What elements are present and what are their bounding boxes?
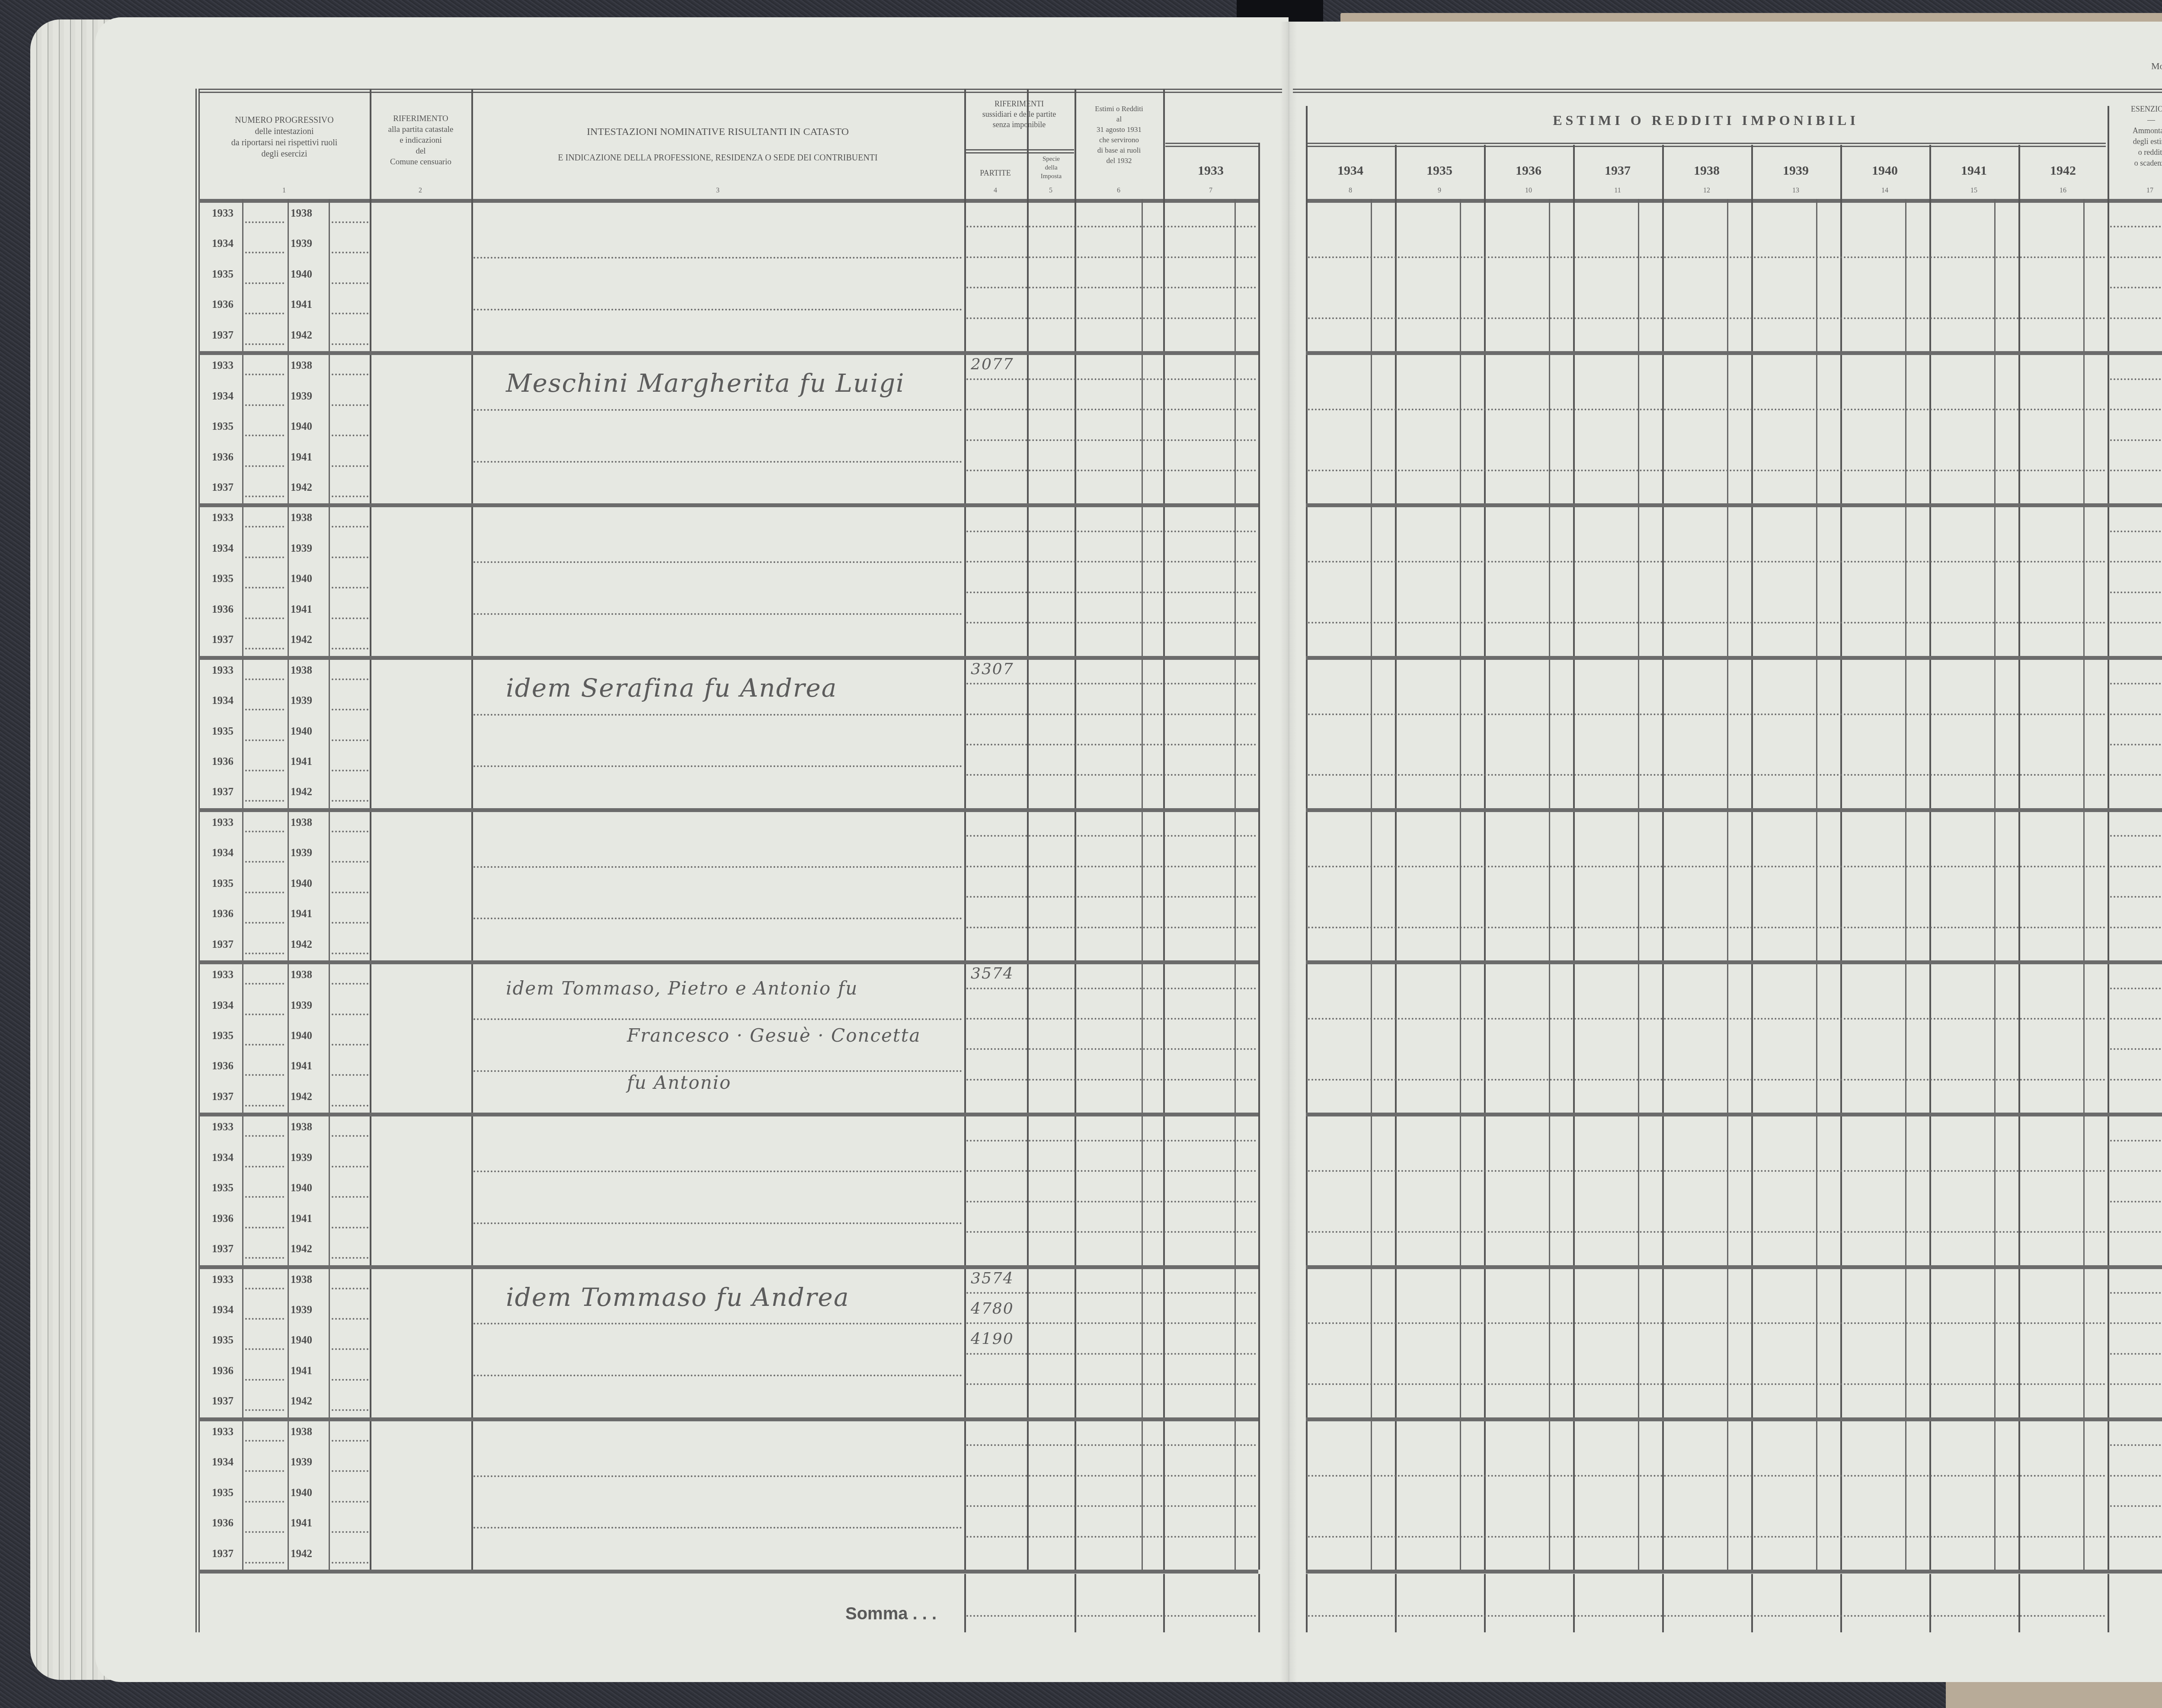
value-dotted-rule [966,1201,1256,1203]
row-year-left: 1936 [212,908,233,920]
entry-separator-right [1306,503,2162,507]
esenzioni-dotted-rule [2110,1201,2162,1203]
somma-col-rule [1484,1574,1486,1632]
name-dotted-rule [473,1070,962,1072]
year-dotted-rule [245,526,284,528]
name-dotted-rule [473,1171,962,1172]
row-year-left: 1935 [212,269,233,281]
year-dotted-rule [245,1166,284,1167]
somma-col-rule [1163,1574,1165,1632]
year-cents-rule [1994,199,1996,1570]
year-dotted-rule [245,739,284,741]
value-dotted-rule [966,409,1256,410]
row-year-left: 1937 [212,786,233,798]
year-dotted-rule [332,1105,368,1107]
row-year-right: 1942 [291,1548,312,1560]
year-dotted-rule [245,983,284,985]
column-number: 9 [1431,187,1448,195]
year-dotted-rule [245,953,284,954]
entry-separator-left [199,1417,1258,1421]
year-dotted-rule [245,1288,284,1289]
row-year-left: 1937 [212,1395,233,1407]
header-col6-estimi-1931: Estimi o Redditi al 31 agosto 1931 che s… [1076,104,1162,166]
esenzioni-dotted-rule [2110,1292,2162,1294]
entry-separator-left [199,656,1258,660]
entry-separator-left [199,1113,1258,1116]
esenzioni-dotted-rule [2110,622,2162,624]
row-year-right: 1940 [291,1182,312,1194]
esenzioni-dotted-rule [2110,683,2162,684]
row-year-right: 1938 [291,1274,312,1286]
year-dotted-rule [245,435,284,436]
header-col5-specie-imposta: Specie della Imposta [1028,155,1074,181]
entry-separator-left [199,503,1258,507]
row-year-right: 1939 [291,543,312,555]
row-year-left: 1935 [212,878,233,890]
row-year-right: 1939 [291,1304,312,1316]
value-dotted-rule [966,835,1256,837]
year-dotted-rule [245,1470,284,1472]
partita-number: 3574 [971,965,1014,982]
name-dotted-rule [473,309,962,310]
name-dotted-rule [473,1527,962,1529]
year-cents-rule [1371,199,1372,1570]
row-year-right: 1941 [291,908,312,920]
value-dotted-rule [966,1444,1256,1446]
year-dotted-rule [245,678,284,680]
esenzioni-dotted-rule [2110,287,2162,288]
column-number: 2 [412,187,429,195]
row-year-right: 1938 [291,817,312,829]
year-dotted-rule [332,1409,368,1411]
value-dotted-rule [966,1322,1256,1324]
row-year-left: 1933 [212,817,233,829]
esenzioni-dotted-rule [2110,470,2162,471]
name-dotted-rule [473,461,962,463]
column-number: 11 [1609,187,1626,195]
header-year-1936: 1936 [1484,163,1573,178]
year-col-rule [1751,145,1753,1570]
column-number: 5 [1042,187,1059,195]
year-dotted-rule [332,800,368,802]
year-dotted-rule [1308,409,2106,410]
header-col4-partite: PARTITE [965,166,1026,179]
right-page [1289,22,2162,1682]
row-year-left: 1936 [212,1060,233,1072]
value-dotted-rule [966,378,1256,380]
year-dotted-rule [245,770,284,771]
value-dotted-rule [966,439,1256,441]
value-dotted-rule [966,744,1256,745]
column-number: 15 [1965,187,1983,195]
somma-col-rule [1258,1574,1260,1632]
year-dotted-rule [332,1074,368,1076]
value-dotted-rule [966,1018,1256,1020]
row-year-right: 1940 [291,1030,312,1042]
esenzioni-dotted-rule [2110,1475,2162,1477]
year-dotted-rule [1308,927,2106,928]
esenzioni-dotted-rule [2110,713,2162,715]
header-year-1940: 1940 [1840,163,1929,178]
row-year-left: 1933 [212,1121,233,1133]
column-number: 6 [1110,187,1127,195]
col1-sub-rule [288,199,289,1570]
right-header-rule [1306,199,2162,203]
esenzioni-dotted-rule [2110,744,2162,745]
year-dotted-rule [332,1501,368,1503]
row-year-right: 1941 [291,1213,312,1225]
somma-col-rule [2018,1574,2020,1632]
year-dotted-rule [245,709,284,710]
value-dotted-rule [966,1505,1256,1507]
year-dotted-rule [245,557,284,558]
year-dotted-rule [245,1014,284,1015]
value-dotted-rule [966,713,1256,715]
book-gutter [1280,22,1297,1682]
row-year-left: 1936 [212,1365,233,1377]
row-year-right: 1939 [291,1456,312,1468]
esenzioni-dotted-rule [2110,1322,2162,1324]
name-dotted-rule [473,561,962,563]
row-year-left: 1933 [212,512,233,524]
esenzioni-dotted-rule [2110,1018,2162,1020]
row-year-right: 1938 [291,969,312,981]
year-dotted-rule [332,678,368,680]
year-dotted-rule [245,252,284,253]
year-dotted-rule [1308,774,2106,776]
taxpayer-name-line: idem Serafina fu Andrea [506,673,837,703]
row-year-right: 1940 [291,269,312,281]
year-dotted-rule [332,1257,368,1259]
col1-sub-rule [242,199,243,1570]
row-year-right: 1942 [291,634,312,646]
year-dotted-rule [245,1531,284,1533]
cents-rule [1142,199,1143,1570]
esenzioni-dotted-rule [2110,409,2162,410]
col1-sub-rule [329,199,330,1570]
row-year-left: 1936 [212,451,233,464]
row-year-left: 1936 [212,756,233,768]
esenzioni-dotted-rule [2110,1170,2162,1172]
partita-number: 2077 [971,355,1014,373]
year-col-rule [1395,145,1397,1570]
row-year-right: 1941 [291,604,312,616]
esenzioni-dotted-rule [2110,1079,2162,1081]
year-dotted-rule [332,1014,368,1015]
binding-cloth-bottom [1946,1682,2162,1708]
year-dotted-rule [1308,470,2106,471]
row-year-right: 1941 [291,451,312,464]
esenzioni-dotted-rule [2110,256,2162,258]
somma-label: Somma . . . [845,1604,937,1624]
esenzioni-dotted-rule [2110,226,2162,227]
column-number: 14 [1876,187,1893,195]
row-year-left: 1935 [212,573,233,585]
header-year-1939: 1939 [1751,163,1840,178]
name-dotted-rule [473,1323,962,1324]
left-col-rule [1075,89,1076,1570]
header-year-1935: 1935 [1395,163,1484,178]
year-dotted-rule [332,1288,368,1289]
somma-col-rule [1573,1574,1575,1632]
year-dotted-rule [332,617,368,619]
entry-separator-left [199,351,1258,355]
header-col2-riferimento: RIFERIMENTO alla partita catastale e ind… [371,113,470,167]
esenzioni-dotted-rule [2110,1444,2162,1446]
row-year-left: 1934 [212,1456,233,1468]
somma-dotted-rule [966,1615,1256,1617]
year-dotted-rule [1308,1231,2106,1233]
year-dotted-rule [245,282,284,284]
left-header-rule [199,199,1258,203]
value-dotted-rule [966,1353,1256,1355]
row-year-left: 1936 [212,299,233,311]
row-year-left: 1937 [212,482,233,494]
row-year-right: 1942 [291,329,312,342]
year-dotted-rule [332,1044,368,1046]
year-col-rule [1662,145,1664,1570]
year-dotted-rule [332,1135,368,1137]
year-col-rule [1306,106,1308,1570]
somma-col-rule [1306,1574,1308,1632]
row-year-right: 1940 [291,421,312,433]
row-year-right: 1941 [291,756,312,768]
row-year-left: 1937 [212,939,233,951]
row-year-right: 1942 [291,939,312,951]
year-dotted-rule [245,648,284,649]
year-dotted-rule [332,496,368,497]
year-dotted-rule [1308,713,2106,715]
name-dotted-rule [473,1018,962,1020]
value-dotted-rule [966,561,1256,563]
year-cents-rule [1727,199,1728,1570]
row-year-right: 1939 [291,847,312,859]
row-year-left: 1936 [212,604,233,616]
row-year-right: 1939 [291,1152,312,1164]
year-dotted-rule [1308,622,2106,624]
year-dotted-rule [245,1440,284,1442]
year-dotted-rule [245,861,284,863]
left-col-rule [370,89,371,1570]
body-bottom-left [199,1570,1258,1574]
somma-col-rule [1075,1574,1076,1632]
year-cents-rule [1460,199,1461,1570]
year-dotted-rule [245,1105,284,1107]
year-dotted-rule [245,1196,284,1198]
row-year-right: 1940 [291,726,312,738]
esenzioni-dotted-rule [2110,1353,2162,1355]
esenzioni-dotted-rule [2110,835,2162,837]
year-dotted-rule [245,587,284,589]
row-year-left: 1935 [212,726,233,738]
value-dotted-rule [966,317,1256,319]
somma-col-rule [1662,1574,1664,1632]
column-number: 1 [275,187,293,195]
name-dotted-rule [473,866,962,868]
row-year-right: 1940 [291,1487,312,1499]
name-dotted-rule [473,765,962,767]
value-dotted-rule [966,1079,1256,1081]
col7-subheader-rule [1165,143,1258,150]
row-year-right: 1942 [291,482,312,494]
name-dotted-rule [473,1375,962,1376]
value-dotted-rule [966,866,1256,867]
year-col-rule [2018,145,2020,1570]
value-dotted-rule [966,531,1256,532]
row-year-left: 1933 [212,969,233,981]
header-riferimenti-sussidiari: RIFERIMENTI sussidiari e delle partite s… [965,99,1073,130]
partita-number: 3307 [971,660,1014,678]
column-number: 8 [1342,187,1359,195]
value-dotted-rule [966,1048,1256,1050]
year-cents-rule [2083,199,2085,1570]
entry-separator-left [199,960,1258,964]
row-year-right: 1938 [291,360,312,372]
row-year-right: 1939 [291,695,312,707]
row-year-right: 1941 [291,299,312,311]
esenzioni-dotted-rule [2110,531,2162,532]
entry-separator-right [1306,1417,2162,1421]
value-dotted-rule [966,1140,1256,1142]
year-dotted-rule [1308,1536,2106,1538]
entry-separator-left [199,808,1258,812]
year-dotted-rule [245,831,284,832]
year-dotted-rule [332,1348,368,1350]
year-dotted-rule [332,648,368,649]
entry-separator-right [1306,351,2162,355]
value-dotted-rule [966,256,1256,258]
body-bottom-right [1306,1570,2162,1574]
year-dotted-rule [245,313,284,314]
header-year-1938: 1938 [1662,163,1751,178]
entry-separator-right [1306,1113,2162,1116]
row-year-left: 1937 [212,329,233,342]
year-dotted-rule [245,800,284,802]
year-dotted-rule [245,343,284,345]
year-dotted-rule [245,1562,284,1564]
taxpayer-name-line: idem Tommaso fu Andrea [506,1283,850,1312]
name-dotted-rule [473,257,962,259]
year-col-rule [2108,106,2109,1570]
right-top-border [1293,89,2162,96]
row-year-left: 1933 [212,665,233,677]
year-dotted-rule [332,831,368,832]
taxpayer-name-line: fu Antonio [627,1072,731,1093]
year-dotted-rule [245,1257,284,1259]
year-dotted-rule [245,1379,284,1381]
year-dotted-rule [332,739,368,741]
year-dotted-rule [332,557,368,558]
left-col-rule [471,89,473,1570]
taxpayer-name-line: Francesco · Gesuè · Concetta [627,1025,921,1046]
year-dotted-rule [245,617,284,619]
row-year-left: 1934 [212,847,233,859]
column-number: 4 [987,187,1004,195]
column-number: 13 [1787,187,1804,195]
row-year-left: 1935 [212,1030,233,1042]
year-dotted-rule [332,465,368,467]
row-year-left: 1933 [212,1274,233,1286]
row-year-left: 1934 [212,1152,233,1164]
left-page [95,17,1289,1682]
row-year-left: 1936 [212,1517,233,1529]
entry-separator-left [199,1265,1258,1269]
row-year-left: 1934 [212,390,233,403]
esenzioni-dotted-rule [2110,1140,2162,1142]
value-dotted-rule [966,1383,1256,1385]
year-dotted-rule [332,892,368,893]
year-dotted-rule [332,1379,368,1381]
name-dotted-rule [473,409,962,411]
year-dotted-rule [245,374,284,375]
row-year-right: 1940 [291,878,312,890]
row-year-left: 1935 [212,421,233,433]
value-dotted-rule [966,1536,1256,1538]
year-dotted-rule [332,1531,368,1533]
name-dotted-rule [473,918,962,919]
year-dotted-rule [332,1227,368,1228]
partita-number: 3574 [971,1270,1014,1287]
left-top-border [199,89,1282,96]
header-col17-esenzioni: ESENZIONI — Ammontare degli estimi o red… [2110,104,2162,169]
year-dotted-rule [245,892,284,893]
row-year-left: 1934 [212,238,233,250]
partita-number: 4190 [971,1330,1014,1348]
somma-col-rule [1929,1574,1931,1632]
value-dotted-rule [966,592,1256,593]
year-dotted-rule [1308,561,2106,563]
name-dotted-rule [473,1222,962,1224]
entry-separator-right [1306,808,2162,812]
somma-col-rule [1395,1574,1397,1632]
header-col7-year-1933: 1933 [1165,163,1256,178]
row-year-right: 1938 [291,665,312,677]
left-col-rule [1163,89,1165,1570]
year-col-rule [1840,145,1842,1570]
row-year-left: 1937 [212,634,233,646]
column-number: 12 [1698,187,1715,195]
year-dotted-rule [245,1135,284,1137]
year-dotted-rule [332,1196,368,1198]
year-dotted-rule [1308,866,2106,867]
header-col3-professione: E INDICAZIONE DELLA PROFESSIONE, RESIDEN… [476,151,960,164]
esenzioni-dotted-rule [2110,1383,2162,1385]
left-col-rule [1258,143,1260,1570]
row-year-right: 1942 [291,1243,312,1255]
row-year-left: 1933 [212,360,233,372]
year-dotted-rule [332,953,368,954]
year-dotted-rule [332,1440,368,1442]
year-dotted-rule [245,1044,284,1046]
taxpayer-name-line: idem Tommaso, Pietro e Antonio fu [506,978,858,999]
year-dotted-rule [1308,1322,2106,1324]
estimi-subheader-rule [1306,143,2106,150]
year-dotted-rule [245,1409,284,1411]
row-year-left: 1935 [212,1182,233,1194]
year-col-rule [1573,145,1575,1570]
somma-col-rule [964,1574,966,1632]
esenzioni-dotted-rule [2110,866,2162,867]
year-cents-rule [1905,199,1906,1570]
column-number: 17 [2141,187,2159,195]
year-dotted-rule [245,1348,284,1350]
column-number: 16 [2054,187,2072,195]
year-cents-rule [1549,199,1550,1570]
year-dotted-rule [245,404,284,406]
year-dotted-rule [245,496,284,497]
year-dotted-rule [245,1074,284,1076]
row-year-right: 1939 [291,390,312,403]
